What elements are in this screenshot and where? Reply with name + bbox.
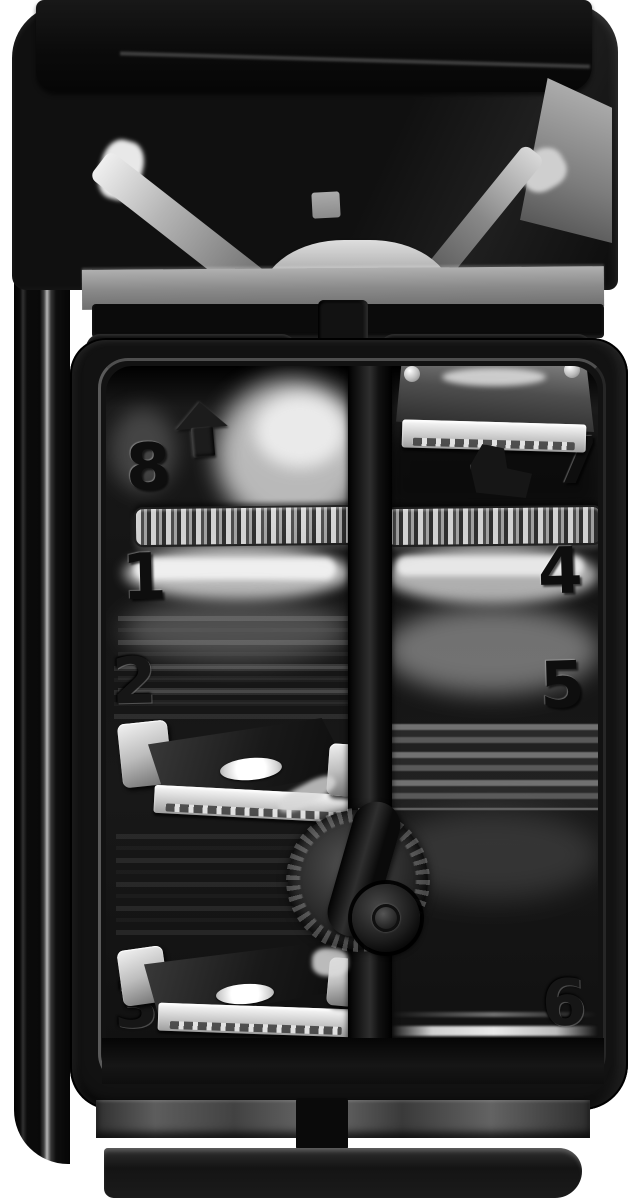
rocker-actuator-top	[36, 0, 592, 92]
photo-rocker-switch-back: 8 1 2 3 7 4 5 6	[0, 0, 640, 1200]
terminal-number-2: 2	[111, 649, 154, 714]
center-divider-rib	[348, 366, 392, 1078]
terminal-rivet	[404, 366, 420, 382]
knurled-strip-left	[134, 505, 358, 547]
terminal-number-4: 4	[537, 539, 580, 604]
reflection-patch	[254, 394, 346, 468]
rocker-detent-block	[311, 191, 340, 218]
reflection-patch	[134, 558, 336, 580]
terminal-number-8: 8	[125, 435, 168, 500]
terminal-recess: 8 1 2 3 7 4 5 6	[106, 366, 598, 1078]
terminal-number-1: 1	[121, 545, 164, 610]
base-foot	[104, 1148, 582, 1198]
ripple-reflection	[388, 724, 598, 810]
up-arrow-icon	[174, 400, 231, 462]
spade-terminal-7-sheen	[442, 368, 546, 386]
divider-glint	[312, 948, 348, 976]
pivot-pin	[352, 884, 420, 952]
terminal-number-5: 5	[539, 653, 582, 718]
base-notch	[296, 1098, 348, 1150]
spade-terminal-3-edge	[158, 1003, 355, 1038]
housing-bottom-band	[102, 1038, 604, 1084]
bezel-left-edge	[14, 150, 70, 1164]
terminal-number-6: 6	[541, 971, 584, 1036]
